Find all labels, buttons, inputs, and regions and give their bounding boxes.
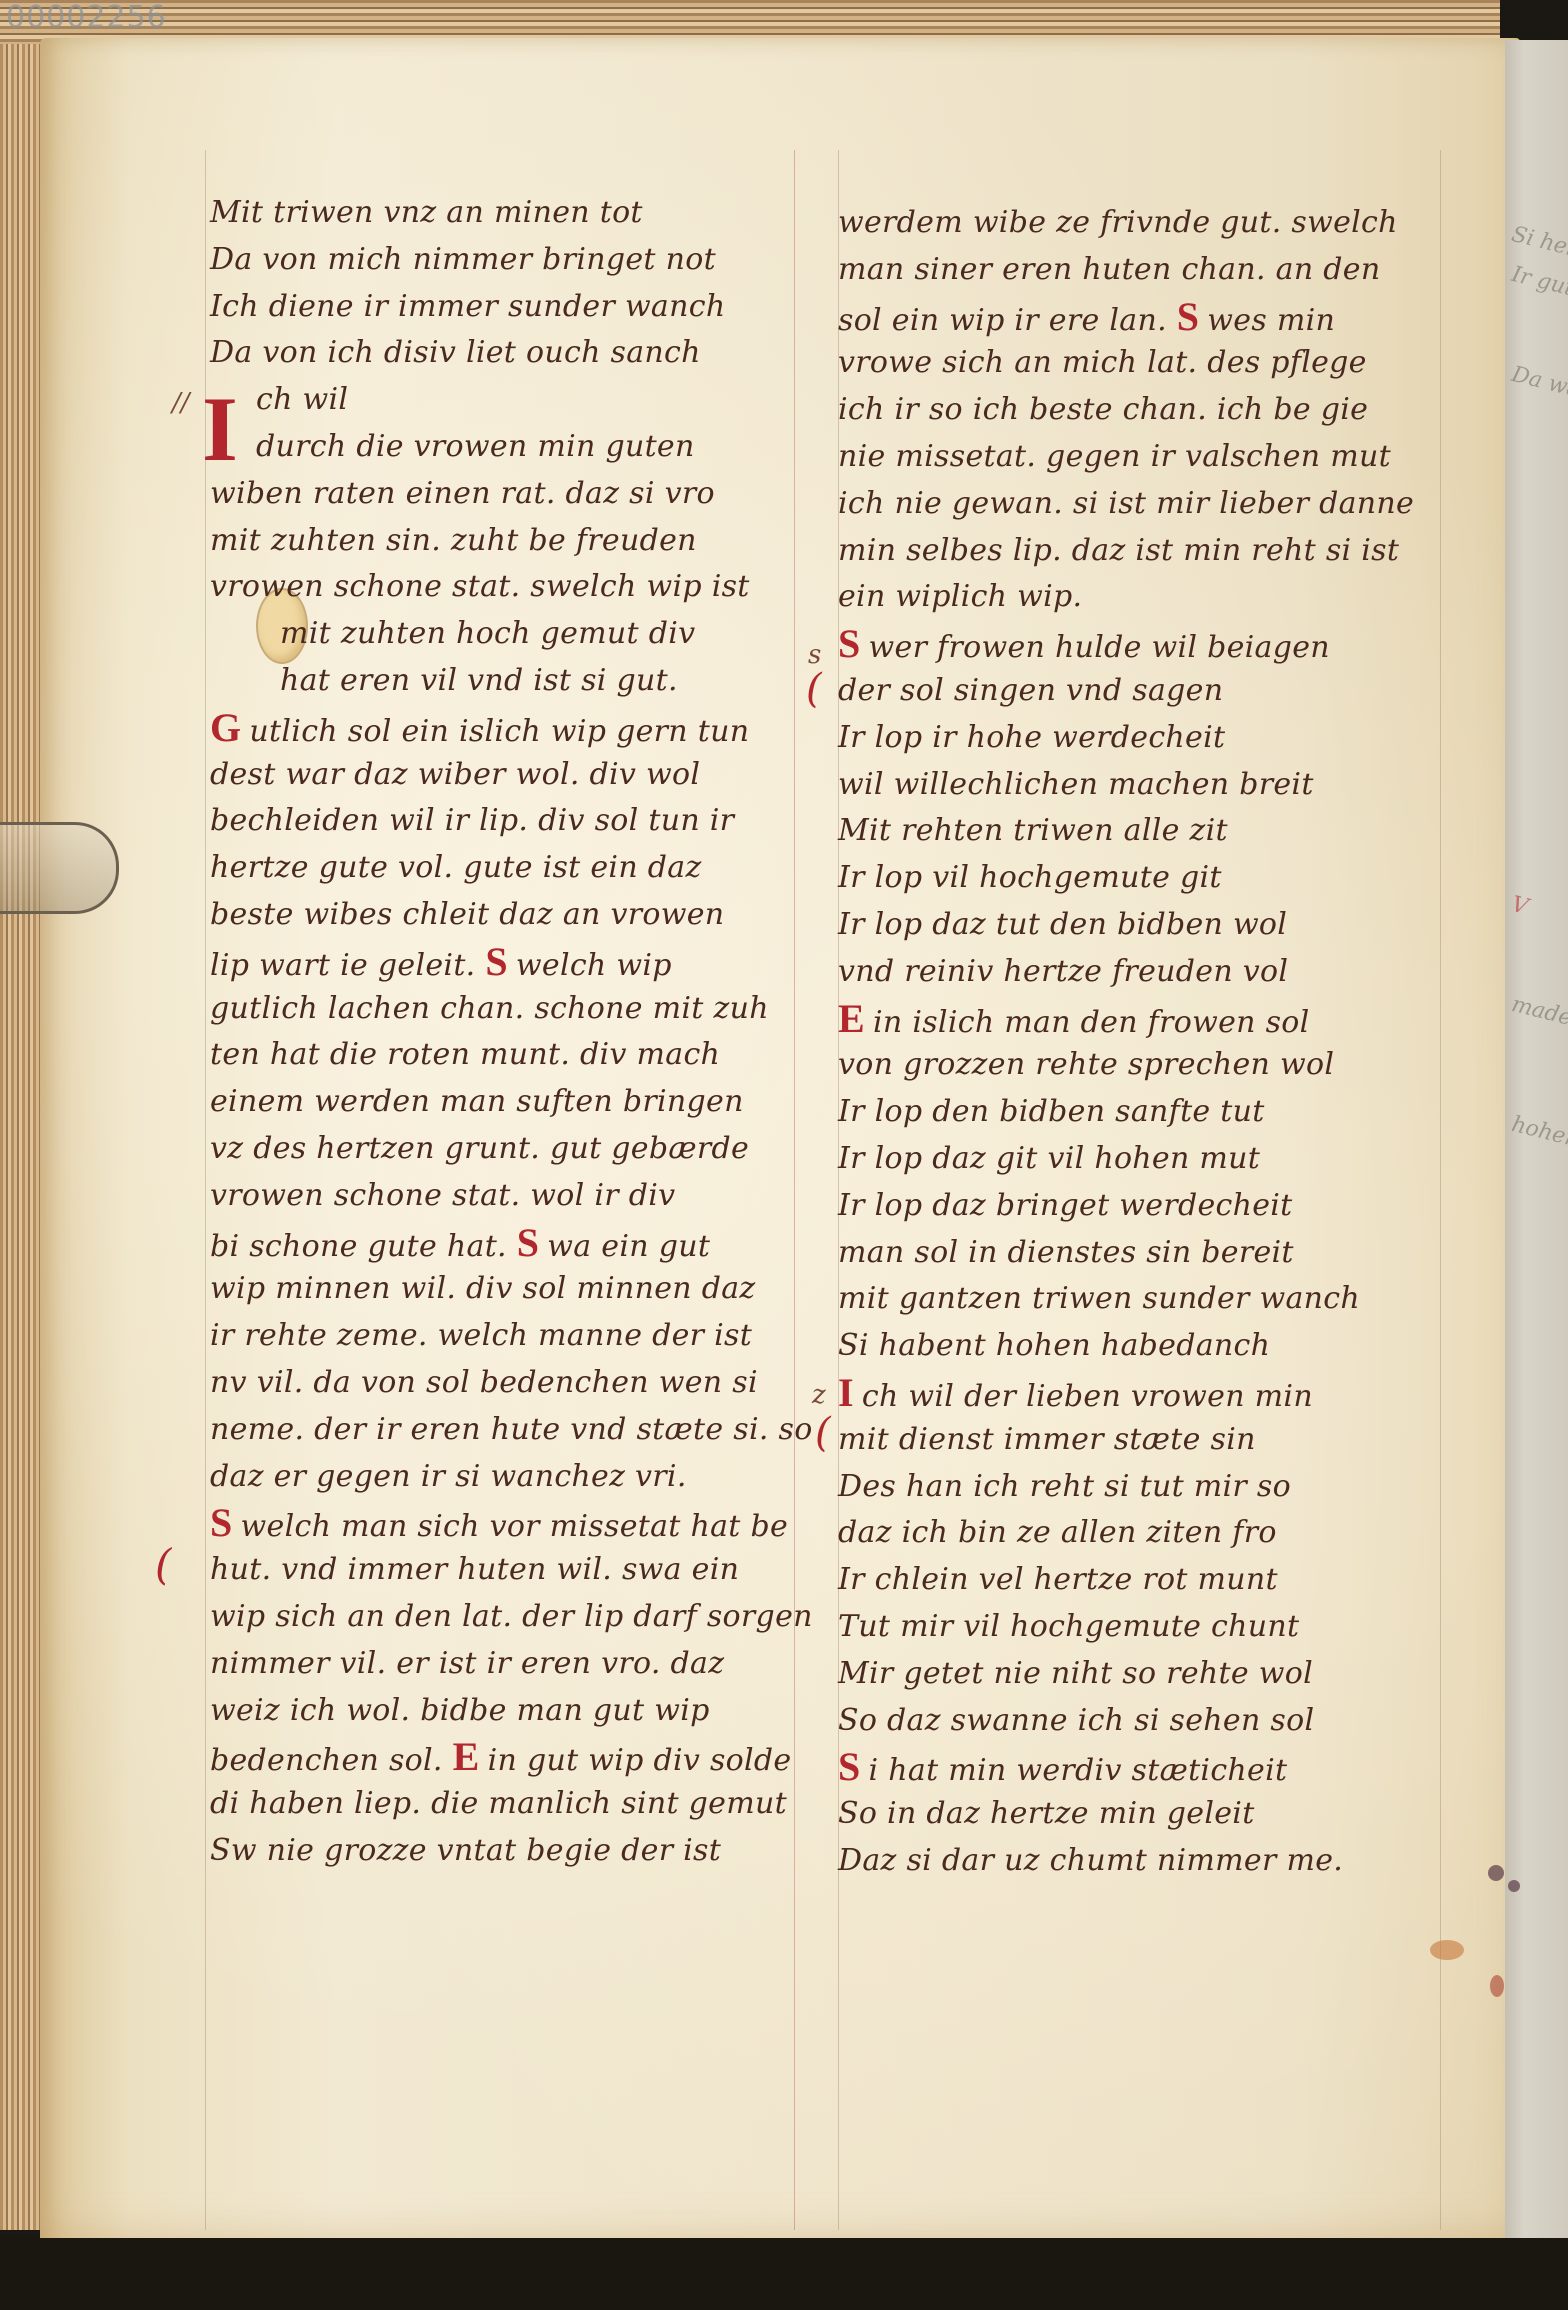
line-text: hat eren vil vnd ist si gut. bbox=[280, 663, 678, 698]
verse-line: ein wiplich wip. bbox=[838, 574, 1438, 621]
line-text: i hat min werdiv stæticheit bbox=[869, 1753, 1288, 1788]
text-column-right: werdem wibe ze frivnde gut. swelch man s… bbox=[838, 200, 1438, 1885]
verse-line: Ich wil der lieben vrowen min bbox=[838, 1370, 1438, 1417]
scan-reference-number: 00002256 bbox=[6, 0, 167, 35]
line-text: ich ir so ich beste chan. ich be gie bbox=[838, 392, 1368, 427]
line-text: weiz ich wol. bidbe man gut wip bbox=[210, 1693, 710, 1728]
verse-line: wiben raten einen rat. daz si vro bbox=[210, 471, 820, 518]
line-text: gutlich lachen chan. schone mit zuh bbox=[210, 991, 769, 1026]
line-text: wer frowen hulde wil beiagen bbox=[869, 630, 1330, 665]
line-text: in islich man den frowen sol bbox=[873, 1005, 1310, 1040]
line-text: vrowe sich an mich lat. des pflege bbox=[838, 345, 1367, 380]
rubricated-initial: E bbox=[838, 996, 865, 1043]
verse-line: bechleiden wil ir lip. div sol tun ir bbox=[210, 798, 820, 845]
line-text: wip sich an den lat. der lip darf sorgen bbox=[210, 1599, 813, 1634]
verse-line: vrowen schone stat. wol ir div bbox=[210, 1173, 820, 1220]
line-text: wes min bbox=[1207, 303, 1335, 338]
paragraph-mark: // bbox=[172, 388, 190, 418]
line-text: So daz swanne ich si sehen sol bbox=[838, 1703, 1314, 1738]
bleed-through-text: made bbox=[1509, 992, 1568, 1033]
verse-line: werdem wibe ze frivnde gut. swelch bbox=[838, 200, 1438, 247]
verse-line: min selbes lip. daz ist min reht si ist bbox=[838, 528, 1438, 575]
line-text: Ir lop den bidben sanfte tut bbox=[838, 1094, 1265, 1129]
line-text: Des han ich reht si tut mir so bbox=[838, 1469, 1291, 1504]
line-text: ir rehte zeme. welch manne der ist bbox=[210, 1318, 752, 1353]
verse-line: So in daz hertze min geleit bbox=[838, 1791, 1438, 1838]
stain bbox=[1488, 1865, 1504, 1881]
line-text: welch wip bbox=[516, 948, 672, 983]
rubricated-initial: E bbox=[453, 1734, 480, 1781]
rubricated-initial: S bbox=[838, 621, 861, 668]
line-text: utlich sol ein islich wip gern tun bbox=[249, 714, 749, 749]
verse-line: einem werden man suften bringen bbox=[210, 1079, 820, 1126]
line-text: wiben raten einen rat. daz si vro bbox=[210, 476, 715, 511]
line-text: Da von ich disiv liet ouch sanch bbox=[210, 335, 701, 370]
verse-line: Si habent hohen habedanch bbox=[838, 1323, 1438, 1370]
line-text: vrowen schone stat. swelch wip ist bbox=[210, 569, 750, 604]
verse-line: Ein islich man den frowen sol bbox=[838, 996, 1438, 1043]
line-text: vrowen schone stat. wol ir div bbox=[210, 1178, 675, 1213]
line-text: bi schone gute hat. bbox=[210, 1229, 507, 1264]
line-text: mit gantzen triwen sunder wanch bbox=[838, 1281, 1360, 1316]
line-text: werdem wibe ze frivnde gut. swelch bbox=[838, 205, 1398, 240]
verse-line: ir rehte zeme. welch manne der ist bbox=[210, 1313, 820, 1360]
rubricated-initial: I bbox=[202, 383, 238, 475]
verse-line: vrowe sich an mich lat. des pflege bbox=[838, 340, 1438, 387]
rubricated-initial: S bbox=[485, 939, 508, 986]
verse-line: Si hat min werdiv stæticheit bbox=[838, 1744, 1438, 1791]
line-text: Mit triwen vnz an minen tot bbox=[210, 195, 643, 230]
verse-line: wil willechlichen machen breit bbox=[838, 762, 1438, 809]
line-text: Mir getet nie niht so rehte wol bbox=[838, 1656, 1313, 1691]
verse-line: neme. der ir eren hute vnd stæte si. so bbox=[210, 1407, 820, 1454]
line-text: neme. der ir eren hute vnd stæte si. so bbox=[210, 1412, 813, 1447]
bleed-through-text: Si heim bbox=[1509, 222, 1568, 263]
line-text: di haben liep. die manlich sint gemut bbox=[210, 1786, 787, 1821]
rubricated-initial: S bbox=[1177, 294, 1200, 341]
verse-line: der sol singen vnd sagen bbox=[838, 668, 1438, 715]
line-text: Tut mir vil hochgemute chunt bbox=[838, 1609, 1299, 1644]
line-text: Ir lop daz git vil hohen mut bbox=[838, 1141, 1260, 1176]
adjacent-page-edge: Si heim Ir gut Da wa V made hohen bbox=[1505, 40, 1568, 2310]
verse-line: Ir chlein vel hertze rot munt bbox=[838, 1557, 1438, 1604]
verse-line: Da von mich nimmer bringet not bbox=[210, 237, 820, 284]
verse-line: gutlich lachen chan. schone mit zuh bbox=[210, 986, 820, 1033]
verse-line: Swer frowen hulde wil beiagen bbox=[838, 621, 1438, 668]
verse-line: mit zuhten sin. zuht be freuden bbox=[210, 518, 820, 565]
line-text: ch wil bbox=[256, 382, 348, 417]
line-text: man sol in dienstes sin bereit bbox=[838, 1235, 1294, 1270]
verse-line: Ir lop daz bringet werdecheit bbox=[838, 1183, 1438, 1230]
line-text: nv vil. da von sol bedenchen wen si bbox=[210, 1365, 758, 1400]
line-text: lip wart ie geleit. bbox=[210, 948, 476, 983]
line-text: wa ein gut bbox=[547, 1229, 710, 1264]
line-text: daz er gegen ir si wanchez vri. bbox=[210, 1459, 687, 1494]
line-text: ch wil der lieben vrowen min bbox=[862, 1379, 1313, 1414]
line-text: man siner eren huten chan. an den bbox=[838, 252, 1380, 287]
line-text: Ir lop vil hochgemute git bbox=[838, 860, 1222, 895]
line-text: ein wiplich wip. bbox=[838, 579, 1082, 614]
line-text: Si habent hohen habedanch bbox=[838, 1328, 1270, 1363]
verse-line: hut. vnd immer huten wil. swa ein bbox=[210, 1547, 820, 1594]
verse-line: Ir lop daz tut den bidben wol bbox=[838, 902, 1438, 949]
verse-line: Daz si dar uz chumt nimmer me. bbox=[838, 1838, 1438, 1885]
verse-line: mit gantzen triwen sunder wanch bbox=[838, 1276, 1438, 1323]
verse-line: Sw nie grozze vntat begie der ist bbox=[210, 1828, 820, 1875]
line-text: von grozzen rehte sprechen wol bbox=[838, 1047, 1334, 1082]
verse-line: vrowen schone stat. swelch wip ist bbox=[210, 564, 820, 611]
line-text: Ir lop ir hohe werdecheit bbox=[838, 720, 1225, 755]
verse-line: vz des hertzen grunt. gut gebærde bbox=[210, 1126, 820, 1173]
verse-line: wip minnen wil. div sol minnen daz bbox=[210, 1266, 820, 1313]
verse-line: mit zuhten hoch gemut div bbox=[210, 611, 820, 658]
stain bbox=[1508, 1880, 1520, 1892]
verse-line: wip sich an den lat. der lip darf sorgen bbox=[210, 1594, 820, 1641]
verse-line: Ir lop ir hohe werdecheit bbox=[838, 715, 1438, 762]
line-text: hertze gute vol. gute ist ein daz bbox=[210, 850, 702, 885]
line-text: bedenchen sol. bbox=[210, 1743, 443, 1778]
verse-line: Ir lop den bidben sanfte tut bbox=[838, 1089, 1438, 1136]
line-text: nimmer vil. er ist ir eren vro. daz bbox=[210, 1646, 724, 1681]
line-text: wip minnen wil. div sol minnen daz bbox=[210, 1271, 756, 1306]
line-text: welch man sich vor missetat hat be bbox=[241, 1509, 789, 1544]
verse-line: Tut mir vil hochgemute chunt bbox=[838, 1604, 1438, 1651]
rubricated-initial: I bbox=[838, 1370, 854, 1417]
line-text: nie missetat. gegen ir valschen mut bbox=[838, 439, 1391, 474]
line-text: Ich diene ir immer sunder wanch bbox=[210, 289, 725, 324]
line-text: Ir lop daz bringet werdecheit bbox=[838, 1188, 1293, 1223]
verse-line: hertze gute vol. gute ist ein daz bbox=[210, 845, 820, 892]
rubricated-initial: S bbox=[838, 1744, 861, 1791]
verse-line: Gutlich sol ein islich wip gern tun bbox=[210, 705, 820, 752]
verse-line: lip wart ie geleit. Swelch wip bbox=[210, 939, 820, 986]
verse-line: man sol in dienstes sin bereit bbox=[838, 1230, 1438, 1277]
line-text: Daz si dar uz chumt nimmer me. bbox=[838, 1843, 1343, 1878]
line-text: min selbes lip. daz ist min reht si ist bbox=[838, 533, 1399, 568]
bleed-through-text: hohen bbox=[1509, 1112, 1568, 1153]
verse-line: ich nie gewan. si ist mir lieber danne bbox=[838, 481, 1438, 528]
verse-line: Swelch man sich vor missetat hat be bbox=[210, 1500, 820, 1547]
rubricated-initial: G bbox=[210, 705, 241, 752]
bleed-through-text: Da wa bbox=[1509, 362, 1568, 403]
verse-line: Mir getet nie niht so rehte wol bbox=[838, 1651, 1438, 1698]
verse-line: nie missetat. gegen ir valschen mut bbox=[838, 434, 1438, 481]
verse-line: sol ein wip ir ere lan. Swes min bbox=[838, 294, 1438, 341]
verse-line: ich ir so ich beste chan. ich be gie bbox=[838, 387, 1438, 434]
verse-line: von grozzen rehte sprechen wol bbox=[838, 1042, 1438, 1089]
bleed-through-initial: V bbox=[1509, 892, 1568, 933]
verse-line: mit dienst immer stæte sin bbox=[838, 1417, 1438, 1464]
line-text: mit dienst immer stæte sin bbox=[838, 1422, 1256, 1457]
line-text: ich nie gewan. si ist mir lieber danne bbox=[838, 486, 1414, 521]
verse-line: durch die vrowen min guten bbox=[210, 424, 820, 471]
verse-line: bedenchen sol. Ein gut wip div solde bbox=[210, 1734, 820, 1781]
verse-line: daz ich bin ze allen ziten fro bbox=[838, 1510, 1438, 1557]
line-text: Ir chlein vel hertze rot munt bbox=[838, 1562, 1278, 1597]
line-text: daz ich bin ze allen ziten fro bbox=[838, 1515, 1277, 1550]
line-text: mit zuhten hoch gemut div bbox=[280, 616, 695, 651]
clip-tab bbox=[0, 822, 119, 914]
verse-line: Da von ich disiv liet ouch sanch bbox=[210, 330, 820, 377]
verse-line: man siner eren huten chan. an den bbox=[838, 247, 1438, 294]
line-text: Mit rehten triwen alle zit bbox=[838, 813, 1228, 848]
verse-line: So daz swanne ich si sehen sol bbox=[838, 1698, 1438, 1745]
verse-line: nimmer vil. er ist ir eren vro. daz bbox=[210, 1641, 820, 1688]
line-text: dest war daz wiber wol. div wol bbox=[210, 757, 700, 792]
ruling-line bbox=[1440, 150, 1441, 2230]
verse-line: di haben liep. die manlich sint gemut bbox=[210, 1781, 820, 1828]
verse-line: daz er gegen ir si wanchez vri. bbox=[210, 1454, 820, 1501]
verse-line: ten hat die roten munt. div mach bbox=[210, 1032, 820, 1079]
bleed-through-text: Ir gut bbox=[1509, 262, 1568, 303]
verse-line: bi schone gute hat. Swa ein gut bbox=[210, 1220, 820, 1267]
verse-line: Ir lop daz git vil hohen mut bbox=[838, 1136, 1438, 1183]
line-text: sol ein wip ir ere lan. bbox=[838, 303, 1167, 338]
verse-line: dest war daz wiber wol. div wol bbox=[210, 752, 820, 799]
line-text: bechleiden wil ir lip. div sol tun ir bbox=[210, 803, 734, 838]
stain bbox=[1430, 1940, 1464, 1960]
verse-line: weiz ich wol. bidbe man gut wip bbox=[210, 1688, 820, 1735]
line-text: vnd reiniv hertze freuden vol bbox=[838, 954, 1288, 989]
line-text: Ir lop daz tut den bidben wol bbox=[838, 907, 1287, 942]
line-text: hut. vnd immer huten wil. swa ein bbox=[210, 1552, 739, 1587]
verse-line: Mit triwen vnz an minen tot bbox=[210, 190, 820, 237]
verse-line: Des han ich reht si tut mir so bbox=[838, 1464, 1438, 1511]
line-text: einem werden man suften bringen bbox=[210, 1084, 744, 1119]
line-text: vz des hertzen grunt. gut gebærde bbox=[210, 1131, 749, 1166]
line-text: beste wibes chleit daz an vrowen bbox=[210, 897, 724, 932]
verse-line: beste wibes chleit daz an vrowen bbox=[210, 892, 820, 939]
verse-line: Ich diene ir immer sunder wanch bbox=[210, 284, 820, 331]
verse-line: I ch wil bbox=[210, 377, 820, 424]
line-text: wil willechlichen machen breit bbox=[838, 767, 1314, 802]
rubric-flourish: ( bbox=[155, 1540, 171, 1589]
line-text: in gut wip div solde bbox=[488, 1743, 792, 1778]
rubricated-initial: S bbox=[210, 1500, 233, 1547]
text-column-left: Mit triwen vnz an minen tot Da von mich … bbox=[210, 190, 820, 1875]
stain bbox=[1490, 1975, 1504, 1997]
line-text: mit zuhten sin. zuht be freuden bbox=[210, 523, 697, 558]
verse-line: Ir lop vil hochgemute git bbox=[838, 855, 1438, 902]
line-text: durch die vrowen min guten bbox=[256, 429, 695, 464]
line-text: Da von mich nimmer bringet not bbox=[210, 242, 716, 277]
verse-line: Mit rehten triwen alle zit bbox=[838, 808, 1438, 855]
manuscript-scan: 00002256 Si heim Ir gut Da wa V made hoh… bbox=[0, 0, 1568, 2310]
verse-line: hat eren vil vnd ist si gut. bbox=[210, 658, 820, 705]
scan-background bbox=[0, 2238, 1568, 2310]
line-text: ten hat die roten munt. div mach bbox=[210, 1037, 720, 1072]
line-text: der sol singen vnd sagen bbox=[838, 673, 1223, 708]
rubricated-initial: S bbox=[517, 1220, 540, 1267]
line-text: Sw nie grozze vntat begie der ist bbox=[210, 1833, 721, 1868]
verse-line: nv vil. da von sol bedenchen wen si bbox=[210, 1360, 820, 1407]
line-text: So in daz hertze min geleit bbox=[838, 1796, 1255, 1831]
verse-line: vnd reiniv hertze freuden vol bbox=[838, 949, 1438, 996]
